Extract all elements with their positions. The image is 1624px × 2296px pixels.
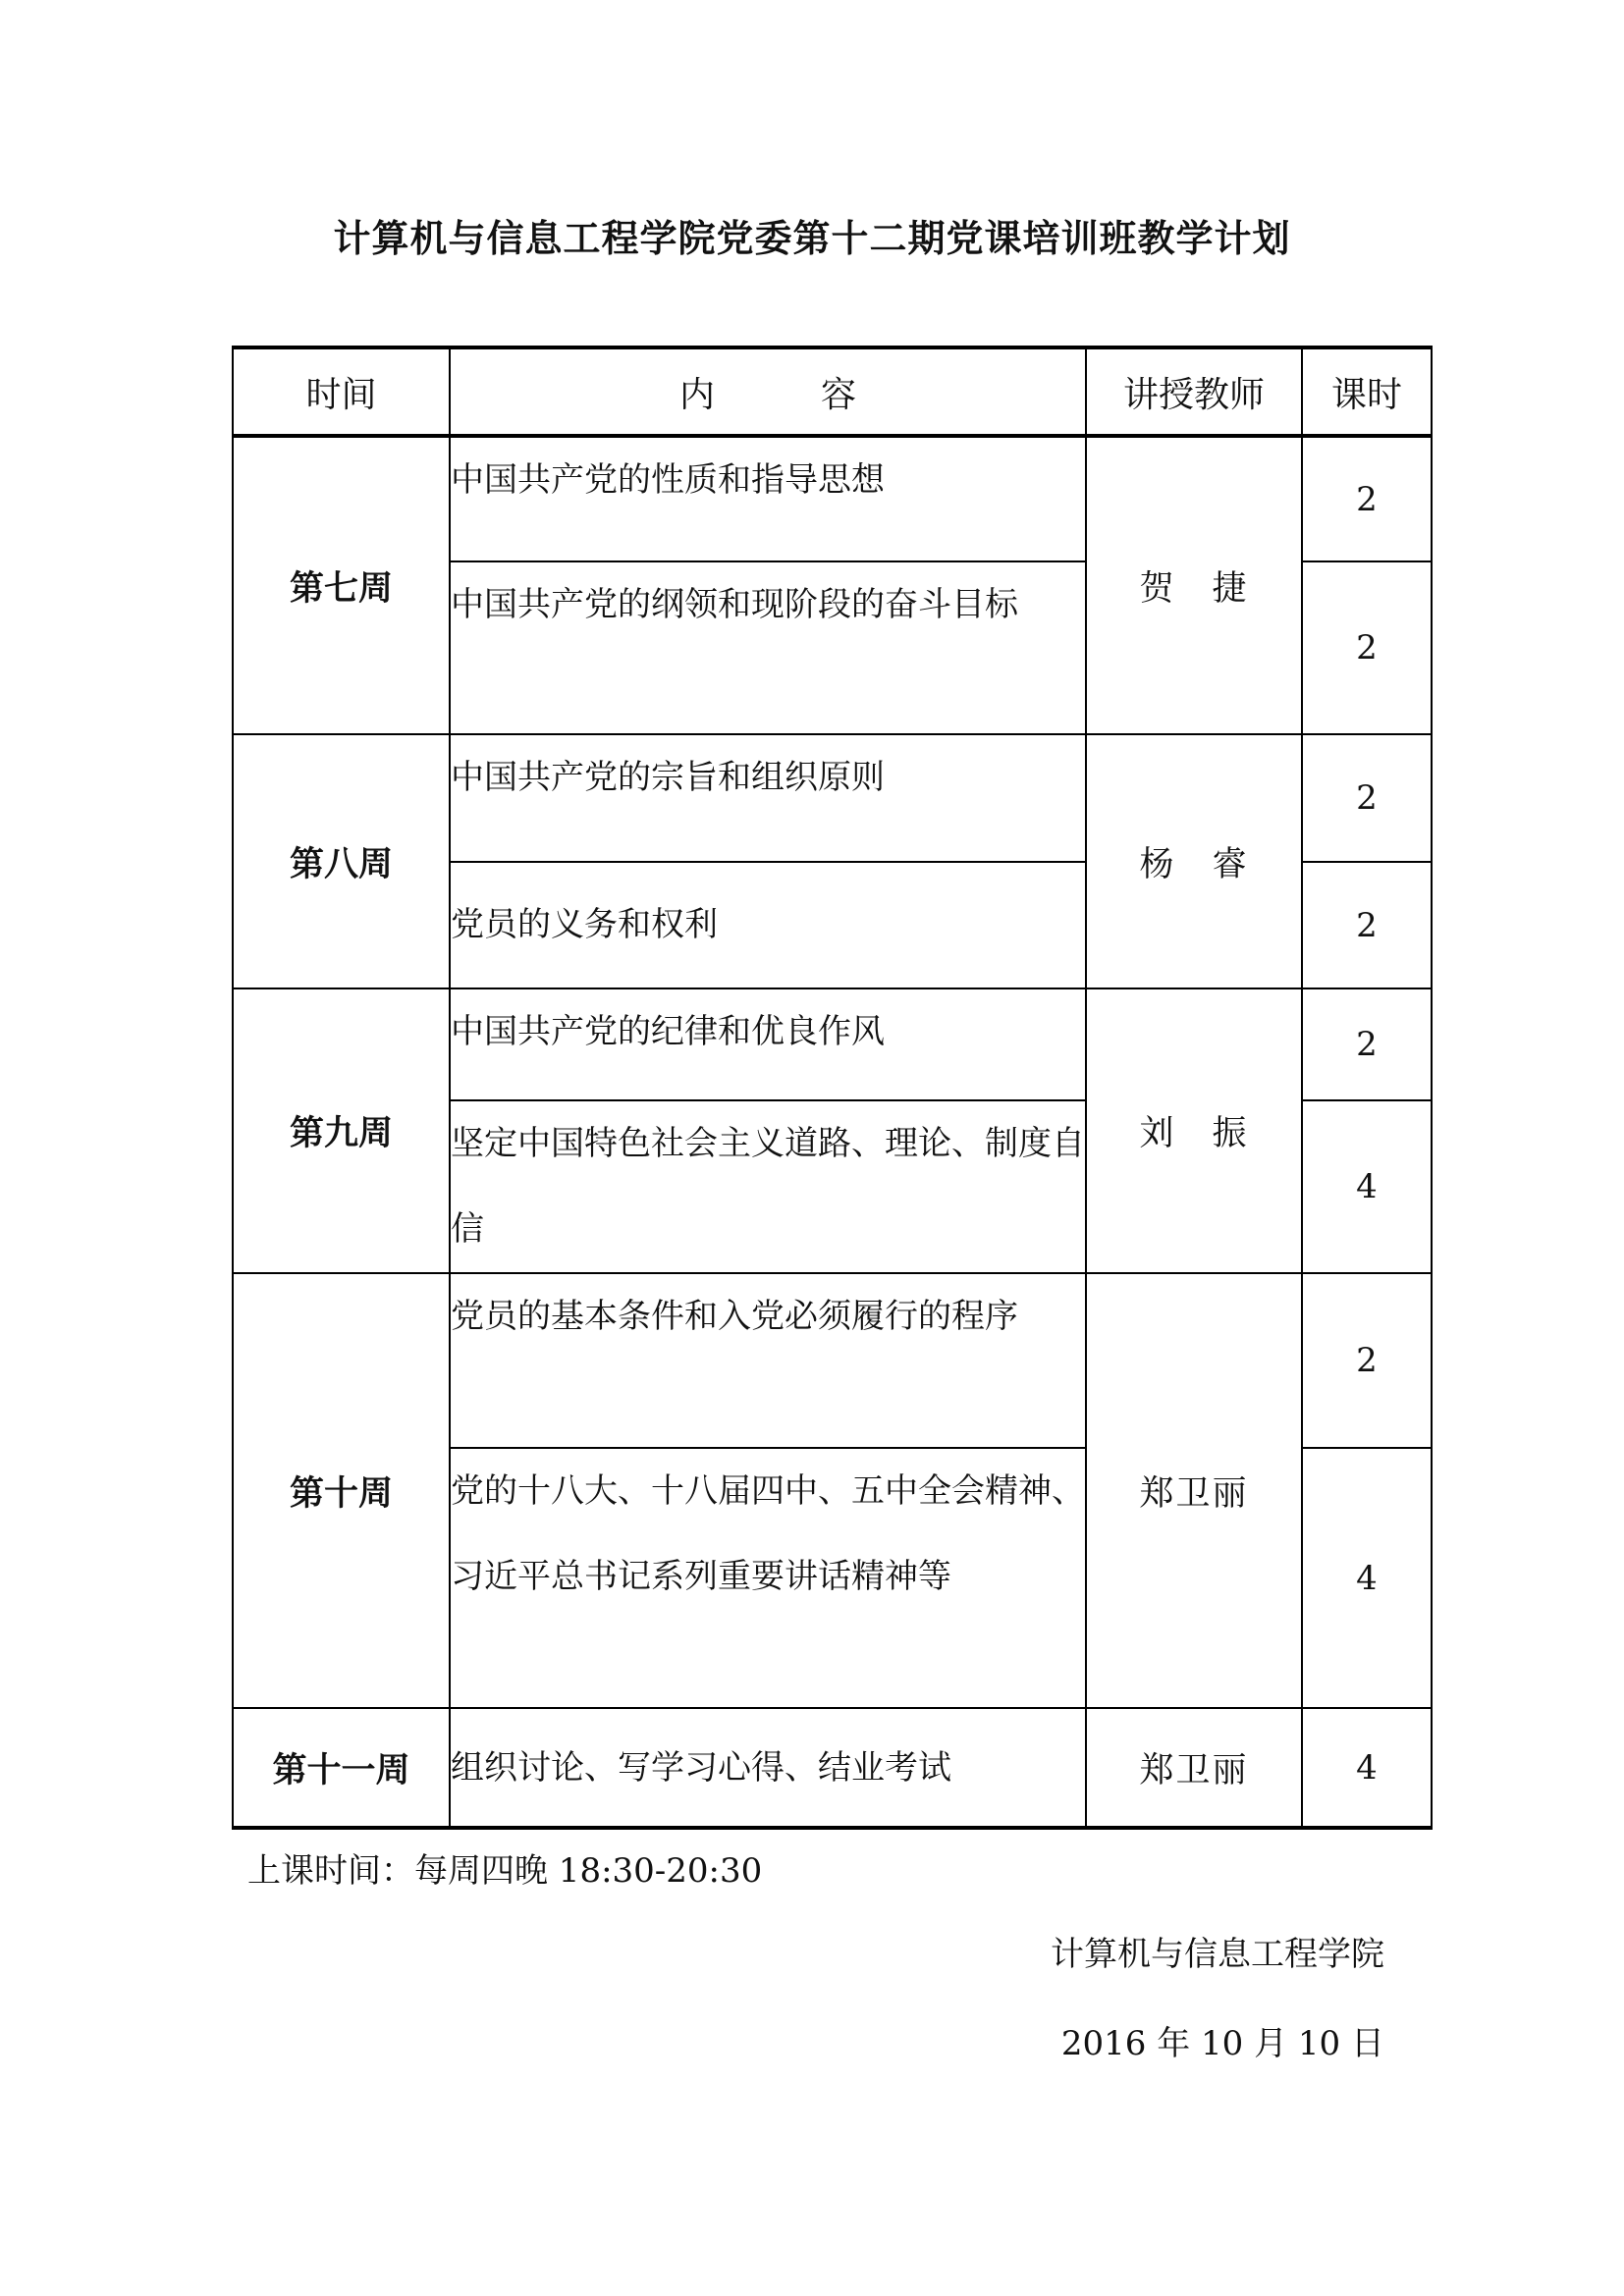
hours-cell: 4	[1302, 1448, 1432, 1708]
week-cell: 第十周	[233, 1273, 450, 1708]
hours-cell: 2	[1302, 988, 1432, 1100]
header-hours: 课时	[1302, 347, 1432, 436]
document-date: 2016 年 10 月 10 日	[1061, 2016, 1384, 2064]
week-cell: 第七周	[233, 436, 450, 734]
hours-cell: 2	[1302, 862, 1432, 988]
teacher-cell: 郑卫丽	[1086, 1273, 1302, 1708]
teacher-cell: 刘 振	[1086, 988, 1302, 1273]
header-teacher: 讲授教师	[1086, 347, 1302, 436]
content-cell: 党的十八大、十八届四中、五中全会精神、习近平总书记系列重要讲话精神等	[450, 1448, 1086, 1708]
content-cell: 坚定中国特色社会主义道路、理论、制度自信	[450, 1100, 1086, 1273]
table-row: 第九周 中国共产党的纪律和优良作风 刘 振 2	[233, 988, 1432, 1100]
hours-cell: 2	[1302, 561, 1432, 734]
hours-cell: 2	[1302, 1273, 1432, 1448]
content-cell: 中国共产党的宗旨和组织原则	[450, 734, 1086, 862]
header-time: 时间	[233, 347, 450, 436]
table-row: 第八周 中国共产党的宗旨和组织原则 杨 睿 2	[233, 734, 1432, 862]
table-row: 第十周 党员的基本条件和入党必须履行的程序 郑卫丽 2	[233, 1273, 1432, 1448]
teaching-plan-table: 时间 内 容 讲授教师 课时 第七周 中国共产党的性质和指导思想 贺 捷 2 中…	[232, 346, 1433, 1830]
week-cell: 第十一周	[233, 1708, 450, 1828]
content-cell: 党员的义务和权利	[450, 862, 1086, 988]
table-row: 第十一周 组织讨论、写学习心得、结业考试 郑卫丽 4	[233, 1708, 1432, 1828]
header-content: 内 容	[450, 347, 1086, 436]
week-cell: 第八周	[233, 734, 450, 988]
content-cell: 党员的基本条件和入党必须履行的程序	[450, 1273, 1086, 1448]
content-cell: 组织讨论、写学习心得、结业考试	[450, 1708, 1086, 1828]
organization-signature: 计算机与信息工程学院	[1051, 1927, 1384, 1975]
document-title: 计算机与信息工程学院党委第十二期党课培训班教学计划	[0, 208, 1624, 262]
week-cell: 第九周	[233, 988, 450, 1273]
content-cell: 中国共产党的性质和指导思想	[450, 436, 1086, 561]
teacher-cell: 郑卫丽	[1086, 1708, 1302, 1828]
hours-cell: 2	[1302, 436, 1432, 561]
teacher-cell: 杨 睿	[1086, 734, 1302, 988]
hours-cell: 4	[1302, 1708, 1432, 1828]
hours-cell: 4	[1302, 1100, 1432, 1273]
table-row: 第七周 中国共产党的性质和指导思想 贺 捷 2	[233, 436, 1432, 561]
hours-cell: 2	[1302, 734, 1432, 862]
table-header-row: 时间 内 容 讲授教师 课时	[233, 347, 1432, 436]
content-cell: 中国共产党的纪律和优良作风	[450, 988, 1086, 1100]
content-cell: 中国共产党的纲领和现阶段的奋斗目标	[450, 561, 1086, 734]
teacher-cell: 贺 捷	[1086, 436, 1302, 734]
class-time-note: 上课时间：每周四晚 18:30-20:30	[247, 1843, 762, 1892]
